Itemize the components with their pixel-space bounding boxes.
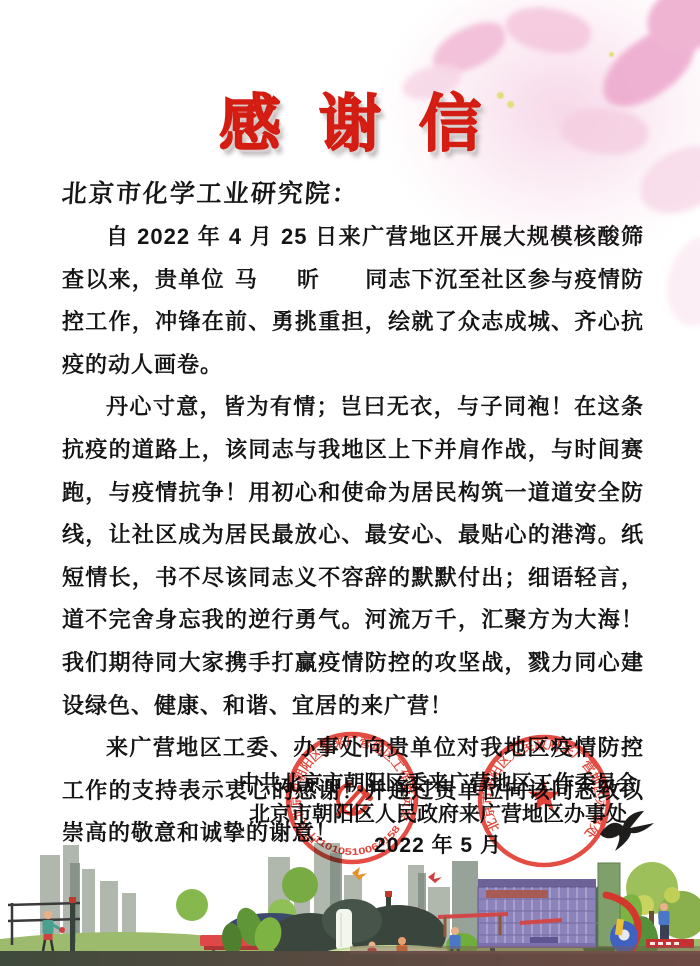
office-building xyxy=(478,863,620,948)
blossom-petal xyxy=(501,0,595,62)
thank-you-letter-page: 感谢信 北京市化学工业研究院： 自 2022 年 4 月 25 日来广营地区开展… xyxy=(0,0,700,966)
signature-line-1: 中共北京市朝阳区委来广营地区工作委员会 xyxy=(178,768,698,799)
letter-title: 感谢信 xyxy=(0,74,700,163)
recipient-name-handwritten: 马 昕 xyxy=(235,267,365,293)
official-seal-government-office: 北京市朝阳区人民政府来广营地区办事处 xyxy=(474,731,614,871)
salutation: 北京市化学工业研究院： xyxy=(61,174,646,210)
blossom-petal xyxy=(644,0,700,57)
ground-reflection xyxy=(350,946,700,954)
butterfly-icons xyxy=(352,867,442,883)
party-emblem-icon xyxy=(338,784,370,814)
paragraph-2: 丹心寸意，皆为有情；岂曰无衣，与子同袍！在这条抗疫的道路上，该同志与我地区上下并… xyxy=(62,386,644,727)
blossom-petal xyxy=(425,15,512,81)
official-seal-party-committee: 中共北京市朝阳区委来广营地区工作委员会 11010510064158 xyxy=(282,728,422,868)
seal-serial-number: 11010510064158 xyxy=(310,819,406,866)
blossom-petal xyxy=(663,233,700,329)
swallow-icon xyxy=(598,808,656,852)
paragraph-1: 自 2022 年 4 月 25 日来广营地区开展大规模核酸筛查以来，贵单位马 昕… xyxy=(62,216,644,386)
star-icon xyxy=(528,780,560,811)
blossom-stamen xyxy=(609,52,614,57)
